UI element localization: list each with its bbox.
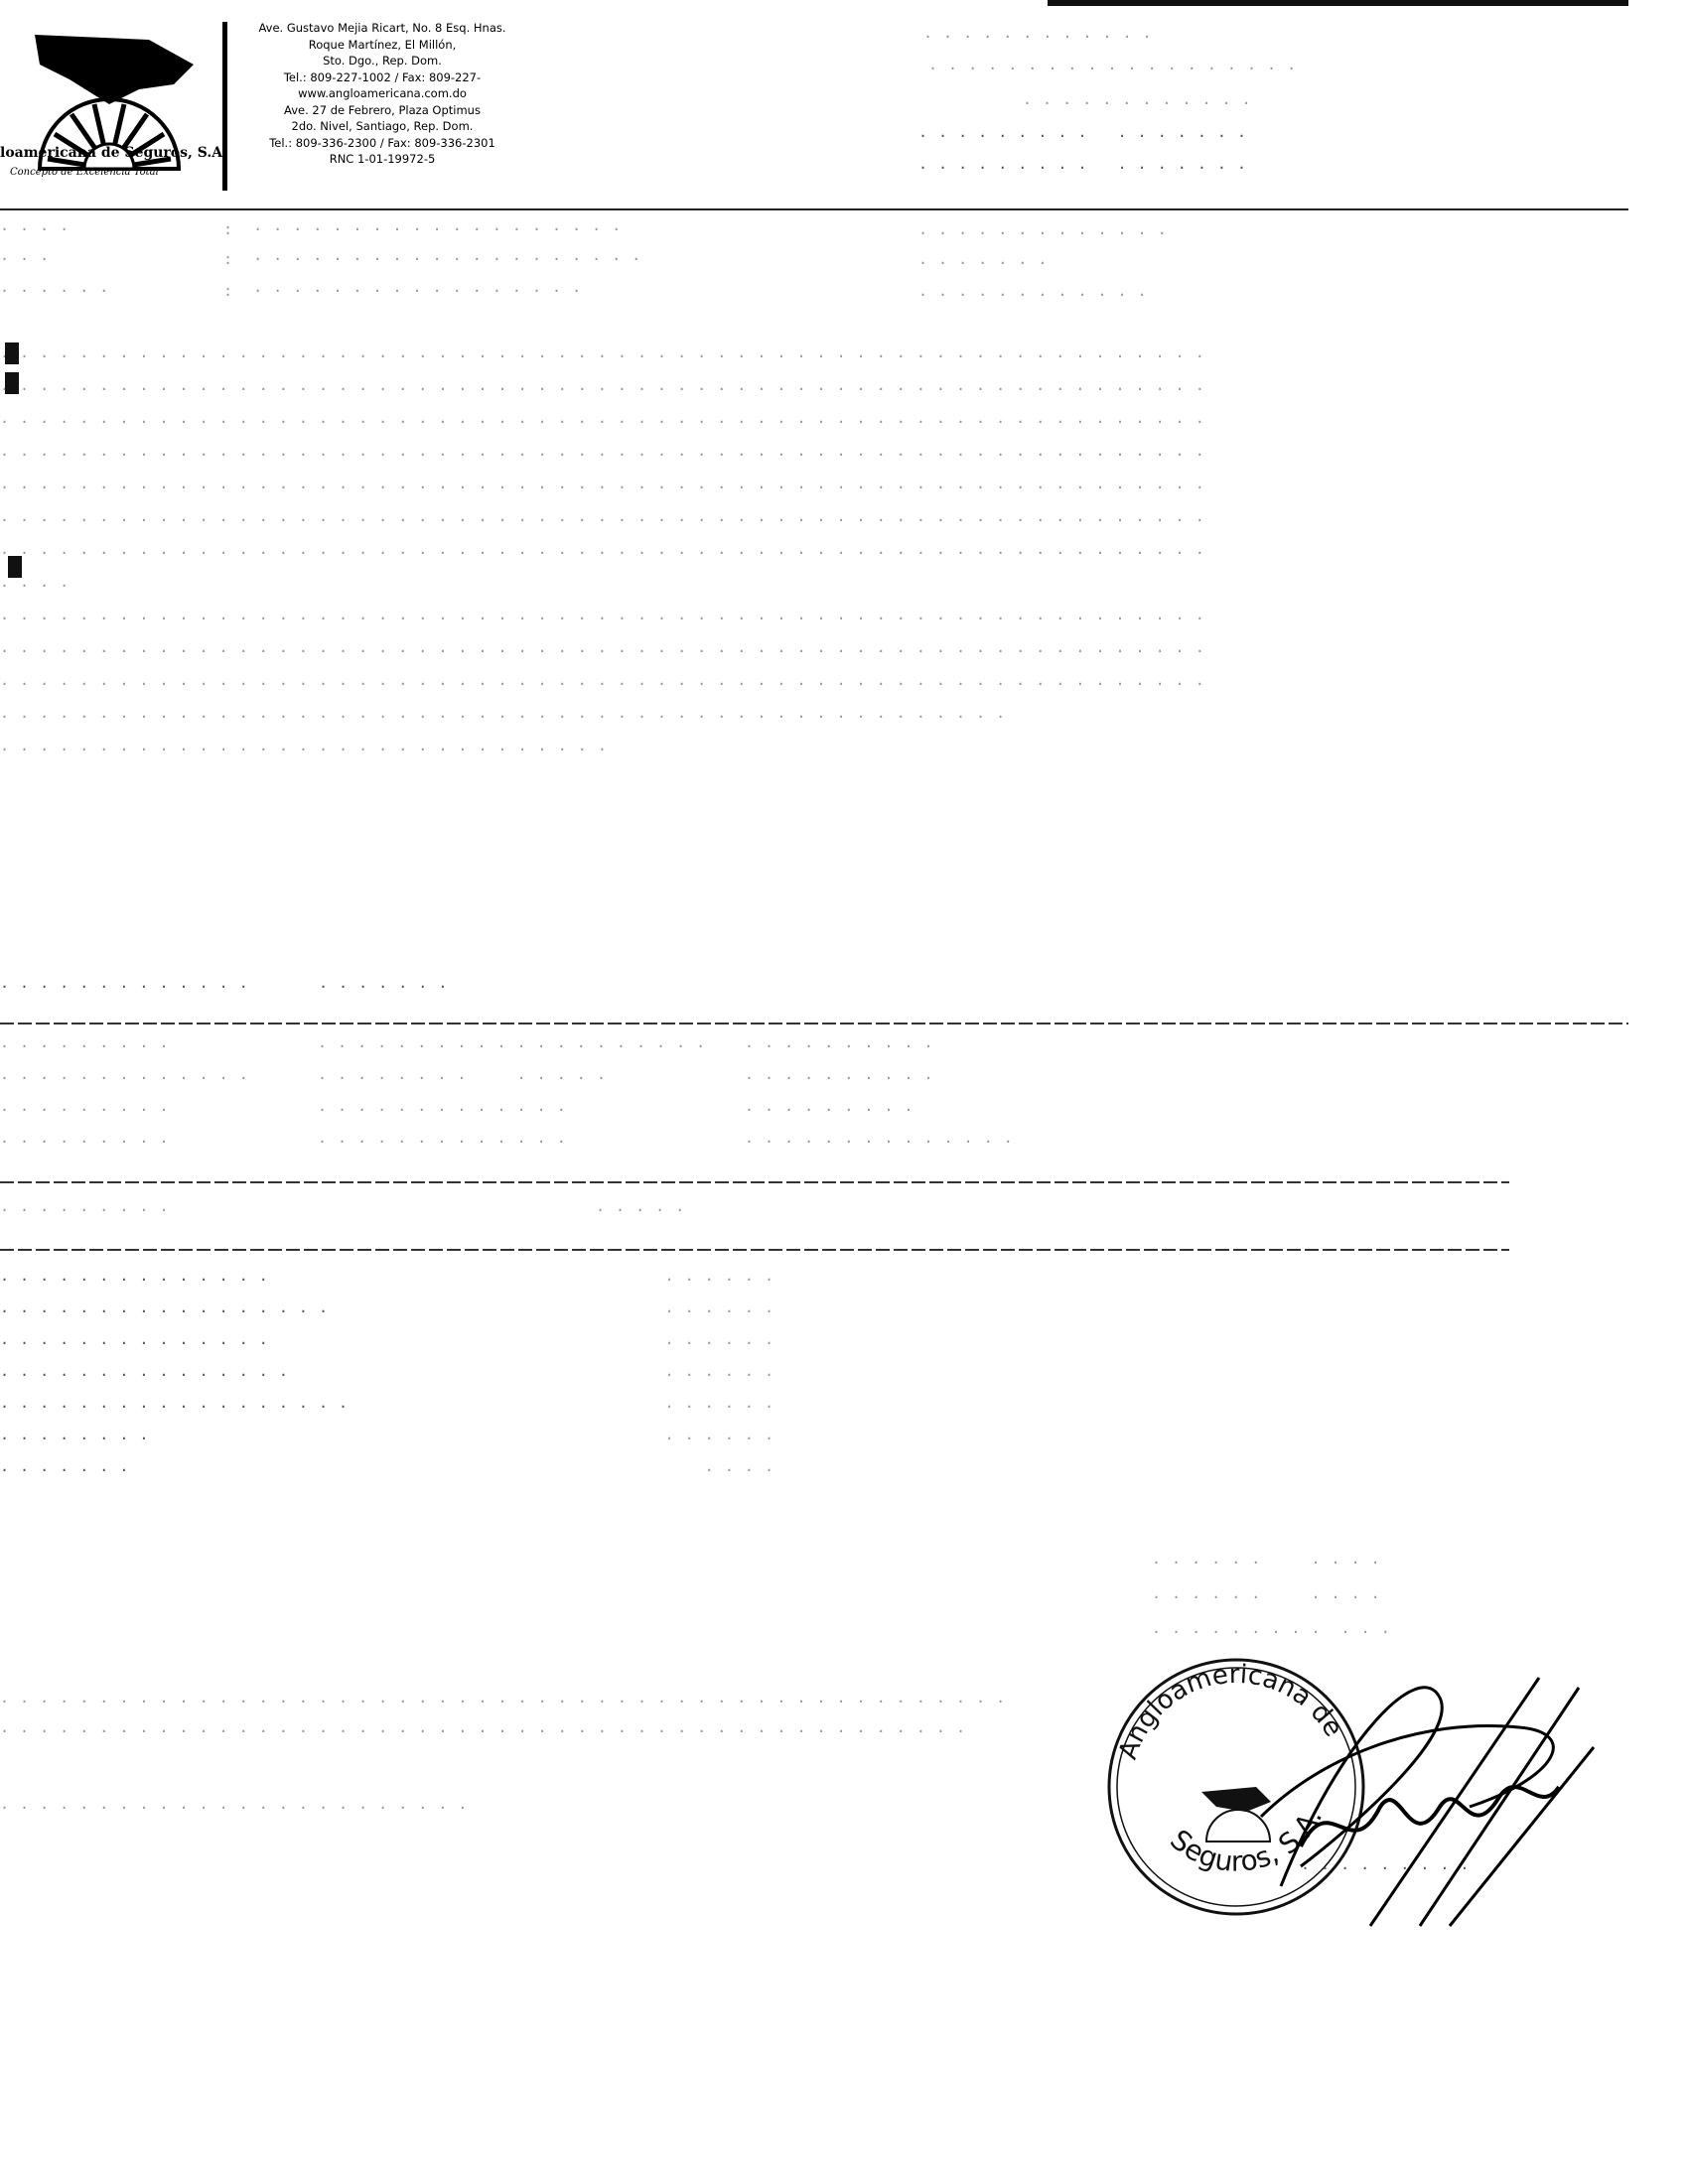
- paragraph-line: · · · · · · · · · · · · · · · · · · · · …: [0, 347, 1509, 380]
- coverage-name: · · · · · · · · · · · · · ·: [0, 1334, 269, 1366]
- field-value: : · · · · · · · · · · · · · · · · · · ·: [223, 220, 622, 238]
- coverage-amount: · · · ·: [705, 1461, 774, 1493]
- coverage-item: · · · · · · · · · · · · · ·· · · · · ·: [0, 1334, 774, 1366]
- coverage-item: · · · · · · · · · · · · · · · · ·· · · ·…: [0, 1302, 774, 1334]
- paragraph-line: · · · · · · · · · · · · · · · · · · · · …: [0, 675, 1509, 708]
- coverage-amount: · · · · · ·: [665, 1366, 774, 1398]
- field-value: : · · · · · · · · · · · · · · · · · · · …: [223, 250, 641, 268]
- table-row: · · · · · · · · · · · · · · · · · · · · …: [0, 1133, 1390, 1164]
- company-address: Ave. Gustavo Mejia Ricart, No. 8 Esq. Hn…: [233, 20, 531, 168]
- field-label: · · · · · ·: [0, 282, 109, 300]
- field-right: · · · · · · · · · · · · ·: [918, 224, 1168, 242]
- phone-line: Tel.: 809-336-2300 / Fax: 809-336-2301: [233, 135, 531, 152]
- header-info-line: · · · · · · · · · · · · · · · ·: [918, 127, 1247, 145]
- paragraph-line: · · · · · · · · · · · · · · · · · · · · …: [0, 741, 1509, 773]
- header-info-line: · · · · · · · · · · · · · · · ·: [918, 159, 1247, 177]
- address-line: Roque Martínez, El Millón,: [233, 37, 531, 54]
- section-divider: [0, 1023, 1628, 1024]
- company-name: loamericana de Seguros, S.A.: [0, 145, 227, 161]
- table-cell: · · · · · · · · ·: [745, 1101, 914, 1133]
- coverage-item: · · · · · · · · · · · · · · · · · ·· · ·…: [0, 1398, 774, 1430]
- coverage-amount: · · · · · ·: [665, 1430, 774, 1461]
- table-row: · · · · · · · · · · · · · · · · · · · · …: [0, 1101, 1390, 1133]
- field-value: : · · · · · · · · · · · · · · · · ·: [223, 282, 582, 300]
- coverage-item: · · · · · · · ·· · · · · ·: [0, 1430, 774, 1461]
- paragraph-line: · · · · · · · · · · · · · · · · · · · · …: [0, 511, 1509, 544]
- total-line: · · · · · · · · · ·: [1152, 1554, 1381, 1571]
- coverage-amount: · · · · · ·: [665, 1334, 774, 1366]
- coverage-item: · · · · · · ·· · · ·: [0, 1461, 774, 1493]
- letterhead-divider: [222, 22, 227, 191]
- reference-line: · · · · · · · · · · · · · · · · · · · ·: [0, 978, 448, 996]
- total-line: · · · · · · · · · ·: [1152, 1588, 1381, 1606]
- table-row: · · · · · · · · · · · · · · · · · · · · …: [0, 1069, 1390, 1101]
- header-info-line: · · · · · · · · · · · ·: [1023, 94, 1252, 112]
- paragraph-line: · · · · · · · · · · · · · · · · · · · · …: [0, 642, 1509, 675]
- section-divider: [0, 1181, 1509, 1183]
- table-cell: · · · · · · · · ·: [0, 1037, 318, 1069]
- footer-line: · · · · · · · · · · · · · · · · · · · · …: [0, 1693, 1006, 1710]
- address-line: Ave. Gustavo Mejia Ricart, No. 8 Esq. Hn…: [233, 20, 531, 37]
- header-divider: [0, 208, 1628, 210]
- section-divider: [0, 1249, 1509, 1251]
- coverage-name: · · · · · · · · · · · · · · ·: [0, 1366, 289, 1398]
- paragraph-line: · · · · · · · · · · · · · · · · · · · · …: [0, 446, 1509, 478]
- coverage-amount: · · · · · ·: [665, 1302, 774, 1334]
- coverage-header-amount: · · · · ·: [596, 1201, 685, 1219]
- field-label: · · · ·: [0, 220, 70, 238]
- header-rule: [1048, 0, 1628, 6]
- coverage-name: · · · · · · · · · · · · · ·: [0, 1271, 269, 1302]
- paragraph-line: · · · ·: [0, 577, 1509, 610]
- table-row: · · · · · · · · · · · · · · · · · · · · …: [0, 1037, 1390, 1069]
- coverage-item: · · · · · · · · · · · · · ·· · · · · ·: [0, 1271, 774, 1302]
- table-cell: · · · · · · · · · · · · ·: [318, 1133, 745, 1164]
- coverage-name: · · · · · · · · · · · · · · · · · ·: [0, 1398, 349, 1430]
- signature: [1221, 1638, 1599, 1936]
- table-cell: · · · · · · · · · · · · · · · · · · · ·: [318, 1037, 745, 1069]
- coverage-name: · · · · · · · ·: [0, 1430, 149, 1461]
- coverage-list: · · · · · · · · · · · · · ·· · · · · · ·…: [0, 1271, 774, 1493]
- paragraph-line: · · · · · · · · · · · · · · · · · · · · …: [0, 708, 1509, 741]
- coverage-amount: · · · · · ·: [665, 1271, 774, 1302]
- coverage-name: · · · · · · · · · · · · · · · · ·: [0, 1302, 329, 1334]
- fax-artifact: [8, 556, 22, 578]
- company-tagline: Concepto de Excelencia Total: [10, 167, 159, 178]
- paragraph-line: · · · · · · · · · · · · · · · · · · · · …: [0, 610, 1509, 642]
- header-info-line: · · · · · · · · · · · ·: [923, 28, 1153, 46]
- field-label: · · ·: [0, 250, 50, 268]
- table-cell: · · · · · · · · · ·: [745, 1037, 934, 1069]
- policy-terms: · · · · · · · · · · · · · · · · · · · · …: [0, 347, 1509, 773]
- table-cell: · · · · · · · · ·: [0, 1101, 318, 1133]
- footer-line: · · · · · · · · · · · · · · · · · · · · …: [0, 1799, 468, 1817]
- fax-artifact: [5, 372, 19, 394]
- paragraph-line: · · · · · · · · · · · · · · · · · · · · …: [0, 544, 1509, 577]
- phone-line: Tel.: 809-227-1002 / Fax: 809-227-: [233, 69, 531, 86]
- coverage-amount: · · · · · ·: [665, 1398, 774, 1430]
- signature-label: · · · · · · · · ·: [1301, 1859, 1471, 1877]
- vehicle-table: · · · · · · · · · · · · · · · · · · · · …: [0, 1037, 1390, 1164]
- table-cell: · · · · · · · · · · · · ·: [318, 1101, 745, 1133]
- paragraph-line: · · · · · · · · · · · · · · · · · · · · …: [0, 478, 1509, 511]
- address-line: 2do. Nivel, Santiago, Rep. Dom.: [233, 118, 531, 135]
- rnc-number: RNC 1-01-19972-5: [233, 151, 531, 168]
- paragraph-line: · · · · · · · · · · · · · · · · · · · · …: [0, 380, 1509, 413]
- fax-artifact: [5, 342, 19, 364]
- coverage-name: · · · · · · ·: [0, 1461, 129, 1493]
- table-cell: · · · · · · · · · · · · ·: [0, 1069, 318, 1101]
- address-line: Sto. Dgo., Rep. Dom.: [233, 53, 531, 69]
- paragraph-line: · · · · · · · · · · · · · · · · · · · · …: [0, 413, 1509, 446]
- field-right: · · · · · · ·: [918, 254, 1048, 272]
- coverage-item: · · · · · · · · · · · · · · ·· · · · · ·: [0, 1366, 774, 1398]
- coverage-header-label: · · · · · · · · ·: [0, 1201, 170, 1219]
- table-cell: · · · · · · · · · ·: [745, 1069, 934, 1101]
- website: www.angloamericana.com.do: [233, 85, 531, 102]
- footer-line: · · · · · · · · · · · · · · · · · · · · …: [0, 1722, 966, 1740]
- field-right: · · · · · · · · · · · ·: [918, 286, 1148, 304]
- table-cell: · · · · · · · · · · · · ·: [318, 1069, 745, 1101]
- header-info-line: · · · · · · · · · · · · · · · · · · ·: [928, 60, 1297, 77]
- address-line: Ave. 27 de Febrero, Plaza Optimus: [233, 102, 531, 119]
- table-cell: · · · · · · · · · · · · · ·: [745, 1133, 1014, 1164]
- table-cell: · · · · · · · · ·: [0, 1133, 318, 1164]
